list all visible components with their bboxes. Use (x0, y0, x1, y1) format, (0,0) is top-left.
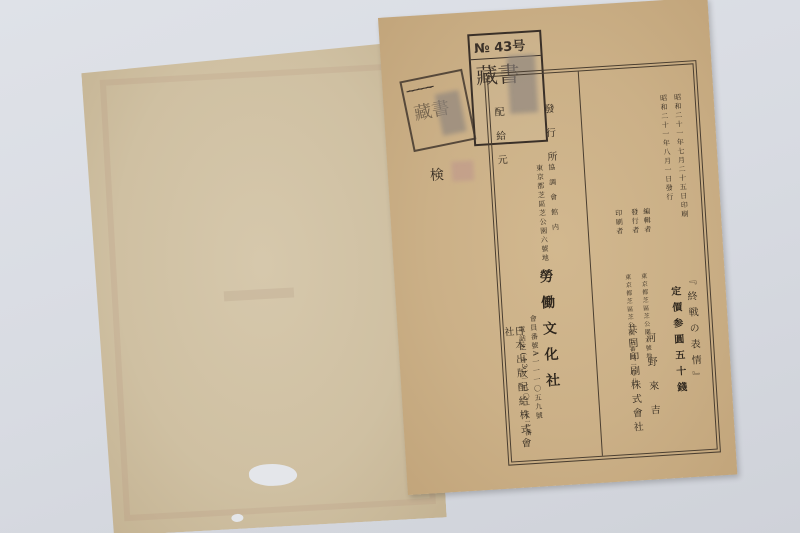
printer-label: 印刷者 (614, 209, 623, 236)
colophon-frame: 昭和二十一年七月二十五日印刷 昭和二十一年八月一日發行 『終戦の表情』 定價参圓… (487, 63, 718, 462)
redacted-seal (451, 160, 474, 181)
publish-date: 昭和二十一年八月一日發行 (659, 94, 673, 202)
print-date: 昭和二十一年七月二十五日印刷 (673, 93, 688, 219)
publishing-house-address-2: 協調會館内 (547, 163, 559, 238)
frame-divider (578, 72, 603, 456)
publishing-house-address: 東京都芝區芝公園六號地 (536, 164, 549, 263)
printer-name: 共同印刷株式會社 (625, 323, 642, 435)
old-library-stamp: ~~~ 藏書 (399, 69, 476, 152)
inspection-mark: 検 (429, 164, 444, 185)
book-price: 定價参圓五十錢 (668, 286, 685, 398)
paper-tear-small (231, 514, 243, 523)
book-title: 『終戦の表情』 (684, 275, 701, 387)
colophon-page: ~~~ 藏書 検 № 43号 藏書 昭和二十一年七月二十五日印刷 昭和二十一年八… (378, 0, 737, 495)
author-label: 編輯者 (642, 207, 651, 234)
photo-scene: ~~~ 藏書 検 № 43号 藏書 昭和二十一年七月二十五日印刷 昭和二十一年八… (0, 0, 800, 533)
publishing-house-name: 勞働文化社 (538, 269, 560, 400)
distributor-label: 配給元 (492, 106, 507, 178)
author-name: 河野來吉 (643, 332, 659, 428)
publisher-label: 發行者 (630, 208, 639, 235)
